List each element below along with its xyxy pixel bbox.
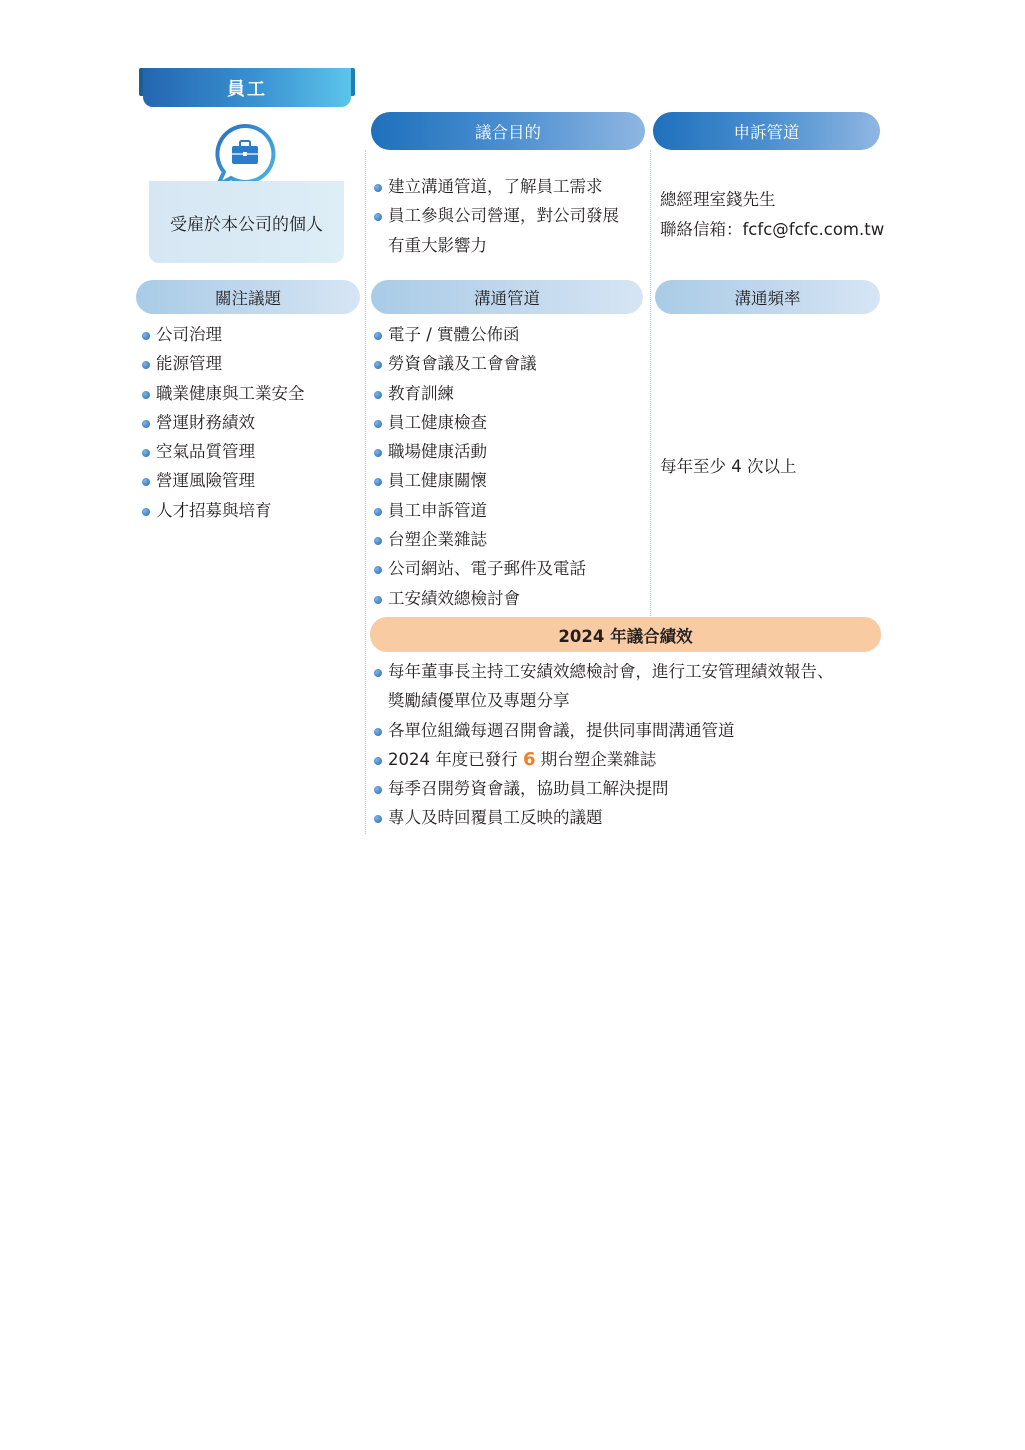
list-item: 營運風險管理 (139, 466, 305, 495)
stakeholder-definition: 受雇於本公司的個人 (149, 181, 344, 263)
purpose-header: 議合目的 (371, 112, 645, 150)
grievance-contact: 總經理室錢先生 (660, 185, 776, 215)
list-item: 電子 / 實體公佈函 (371, 320, 586, 349)
list-item: 每年董事長主持工安績效總檢討會，進行工安管理績效報告、獎勵績優單位及專題分享 (371, 657, 834, 716)
channels-header: 溝通管道 (371, 280, 643, 314)
list-item: 能源管理 (139, 349, 305, 378)
list-item: 營運財務績效 (139, 408, 305, 437)
list-item: 工安績效總檢討會 (371, 584, 586, 613)
list-item: 人才招募與培育 (139, 496, 305, 525)
list-item: 員工申訴管道 (371, 496, 586, 525)
list-item: 2024 年度已發行 6 期台塑企業雜誌 (371, 745, 834, 774)
list-item: 員工健康檢查 (371, 408, 586, 437)
grievance-header: 申訴管道 (653, 112, 880, 150)
frequency-header: 溝通頻率 (655, 280, 880, 314)
grievance-email[interactable]: 聯絡信箱：fcfc@fcfc.com.tw (660, 215, 884, 245)
list-item: 員工參與公司營運，對公司發展有重大影響力 (371, 201, 619, 260)
list-item: 專人及時回覆員工反映的議題 (371, 803, 834, 832)
channels-list: 電子 / 實體公佈函 勞資會議及工會會議 教育訓練 員工健康檢查 職場健康活動 … (371, 320, 586, 613)
list-item: 各單位組織每週召開會議，提供同事間溝通管道 (371, 716, 834, 745)
stakeholder-title-tab: 員工 (139, 68, 355, 107)
list-item: 空氣品質管理 (139, 437, 305, 466)
briefcase-speech-bubble-icon (212, 122, 278, 188)
performance-list: 每年董事長主持工安績效總檢討會，進行工安管理績效報告、獎勵績優單位及專題分享 各… (371, 657, 834, 833)
list-item: 職業健康與工業安全 (139, 379, 305, 408)
frequency-value: 每年至少 4 次以上 (660, 452, 797, 482)
list-item: 公司治理 (139, 320, 305, 349)
list-item: 公司網站、電子郵件及電話 (371, 554, 586, 583)
issue-count-highlight: 6 (523, 749, 536, 770)
list-item: 員工健康關懷 (371, 466, 586, 495)
list-item: 台塑企業雜誌 (371, 525, 586, 554)
topics-list: 公司治理 能源管理 職業健康與工業安全 營運財務績效 空氣品質管理 營運風險管理… (139, 320, 305, 525)
purpose-list: 建立溝通管道，了解員工需求 員工參與公司營運，對公司發展有重大影響力 (371, 172, 619, 260)
list-item: 勞資會議及工會會議 (371, 349, 586, 378)
column-separator (650, 150, 651, 616)
topics-header: 關注議題 (136, 280, 360, 314)
column-separator (365, 150, 366, 834)
list-item: 每季召開勞資會議，協助員工解決提問 (371, 774, 834, 803)
stakeholder-title: 員工 (143, 68, 351, 107)
list-item: 建立溝通管道，了解員工需求 (371, 172, 619, 201)
list-item: 職場健康活動 (371, 437, 586, 466)
list-item: 教育訓練 (371, 379, 586, 408)
performance-header: 2024 年議合績效 (370, 617, 881, 652)
